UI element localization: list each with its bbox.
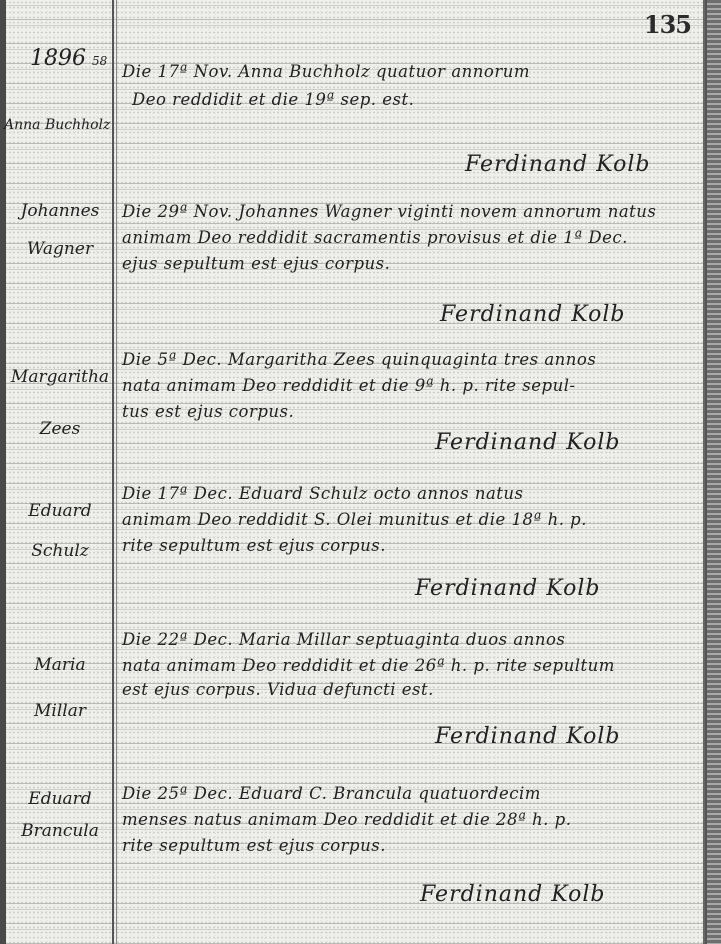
entry-text-line: rite sepultum est ejus corpus. xyxy=(122,836,386,855)
entry-name-margin: Maria Millar xyxy=(8,652,112,724)
entry-signature: Ferdinand Kolb xyxy=(435,724,620,749)
entry-name-margin: Eduard Schulz xyxy=(8,498,112,564)
entry-text-line: tus est ejus corpus. xyxy=(122,402,294,421)
entry-name-line: Johannes xyxy=(8,198,112,224)
entry-name-line: Schulz xyxy=(8,538,112,564)
entry-name-line: Brancula xyxy=(8,818,112,844)
register-year: 189658 xyxy=(30,46,107,71)
entry-signature: Ferdinand Kolb xyxy=(420,882,605,907)
entry-name-line: Millar xyxy=(8,698,112,724)
entry-counter: 58 xyxy=(92,54,107,68)
entry-name-line: Anna Buchholz xyxy=(4,112,144,138)
entry-text-line: animam Deo reddidit S. Olei munitus et d… xyxy=(122,510,587,529)
entry-name-line: Margaritha xyxy=(8,364,112,390)
entry-text-line: rite sepultum est ejus corpus. xyxy=(122,536,386,555)
entry-name-margin: Johannes Wagner xyxy=(8,198,112,262)
entry-signature: Ferdinand Kolb xyxy=(465,152,650,177)
entry-text-line: Die 17ª Dec. Eduard Schulz octo annos na… xyxy=(122,484,524,503)
entry-text-line: est ejus corpus. Vidua defuncti est. xyxy=(122,680,434,699)
entry-text-line: Die 29ª Nov. Johannes Wagner viginti nov… xyxy=(122,202,656,221)
page-number: 135 xyxy=(644,10,691,39)
entry-text-line: menses natus animam Deo reddidit et die … xyxy=(122,810,571,829)
register-page: 135 189658 Anna Buchholz Die 17ª Nov. An… xyxy=(0,0,721,944)
entry-name-margin: Eduard Brancula xyxy=(8,786,112,844)
entry-text-line: Die 25ª Dec. Eduard C. Brancula quatuord… xyxy=(122,784,541,803)
entry-text-line: Die 22ª Dec. Maria Millar septuaginta du… xyxy=(122,630,565,649)
entry-signature: Ferdinand Kolb xyxy=(415,576,600,601)
entry-name-line: Eduard xyxy=(8,498,112,524)
entry-text-line: Die 17ª Nov. Anna Buchholz quatuor annor… xyxy=(122,62,530,81)
entry-signature: Ferdinand Kolb xyxy=(440,302,625,327)
entry-text-line: nata animam Deo reddidit et die 26ª h. p… xyxy=(122,656,615,675)
margin-rule-secondary xyxy=(116,0,117,944)
entry-text-line: nata animam Deo reddidit et die 9ª h. p.… xyxy=(122,376,576,395)
entry-name-line: Wagner xyxy=(8,236,112,262)
entry-name-margin: Margaritha Zees xyxy=(8,364,112,442)
entry-signature: Ferdinand Kolb xyxy=(435,430,620,455)
entry-text-line: animam Deo reddidit sacramentis provisus… xyxy=(122,228,628,247)
entry-text-line: Deo reddidit et die 19ª sep. est. xyxy=(132,90,414,109)
entry-name-line: Maria xyxy=(8,652,112,678)
page-binding-edge xyxy=(705,0,721,944)
year-text: 1896 xyxy=(30,46,86,71)
entry-name-margin: Anna Buchholz xyxy=(4,112,144,138)
entry-name-line: Zees xyxy=(8,416,112,442)
entry-name-line: Eduard xyxy=(8,786,112,812)
entry-text-line: ejus sepultum est ejus corpus. xyxy=(122,254,390,273)
page-left-edge xyxy=(0,0,6,944)
margin-rule xyxy=(112,0,114,944)
entry-text-line: Die 5ª Dec. Margaritha Zees quinquaginta… xyxy=(122,350,596,369)
